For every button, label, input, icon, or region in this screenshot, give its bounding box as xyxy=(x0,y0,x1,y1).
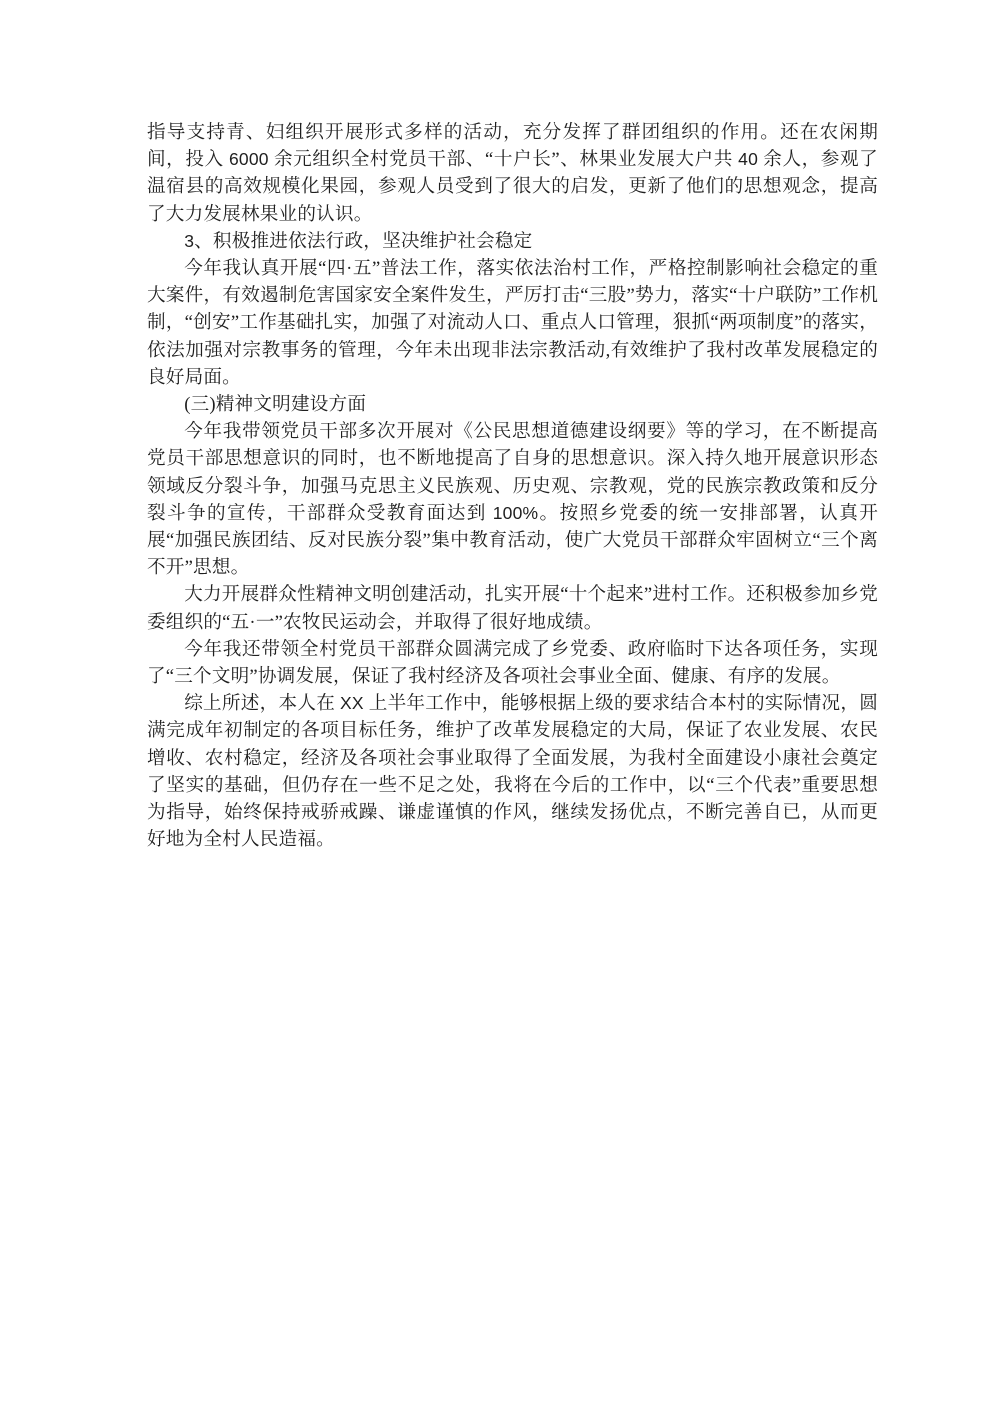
paragraph: 综上所述，本人在 XX 上半年工作中，能够根据上级的要求结合本村的实际情况，圆满… xyxy=(147,690,878,853)
paragraph: 今年我认真开展“四·五”普法工作，落实依法治村工作，严格控制影响社会稳定的重大案… xyxy=(147,255,878,391)
document-page: 指导支持青、妇组织开展形式多样的活动，充分发挥了群团组织的作用。还在农闲期间，投… xyxy=(0,0,1000,1415)
latin-run: 6000 xyxy=(229,149,269,169)
latin-run: 40 xyxy=(738,149,758,169)
paragraph: 3、积极推进依法行政，坚决维护社会稳定 xyxy=(147,228,878,255)
paragraph: 大力开展群众性精神文明创建活动，扎实开展“十个起来”进村工作。还积极参加乡党委组… xyxy=(147,581,878,635)
paragraph: 今年我带领党员干部多次开展对《公民思想道德建设纲要》等的学习，在不断提高党员干部… xyxy=(147,418,878,581)
latin-run: 3 xyxy=(184,231,194,251)
paragraph: 指导支持青、妇组织开展形式多样的活动，充分发挥了群团组织的作用。还在农闲期间，投… xyxy=(147,119,878,228)
latin-run: 100% xyxy=(493,503,539,523)
paragraph: 今年我还带领全村党员干部群众圆满完成了乡党委、政府临时下达各项任务，实现了“三个… xyxy=(147,636,878,690)
paragraph: (三)精神文明建设方面 xyxy=(147,391,878,418)
latin-run: XX xyxy=(340,693,364,713)
document-body: 指导支持青、妇组织开展形式多样的活动，充分发挥了群团组织的作用。还在农闲期间，投… xyxy=(147,119,878,853)
